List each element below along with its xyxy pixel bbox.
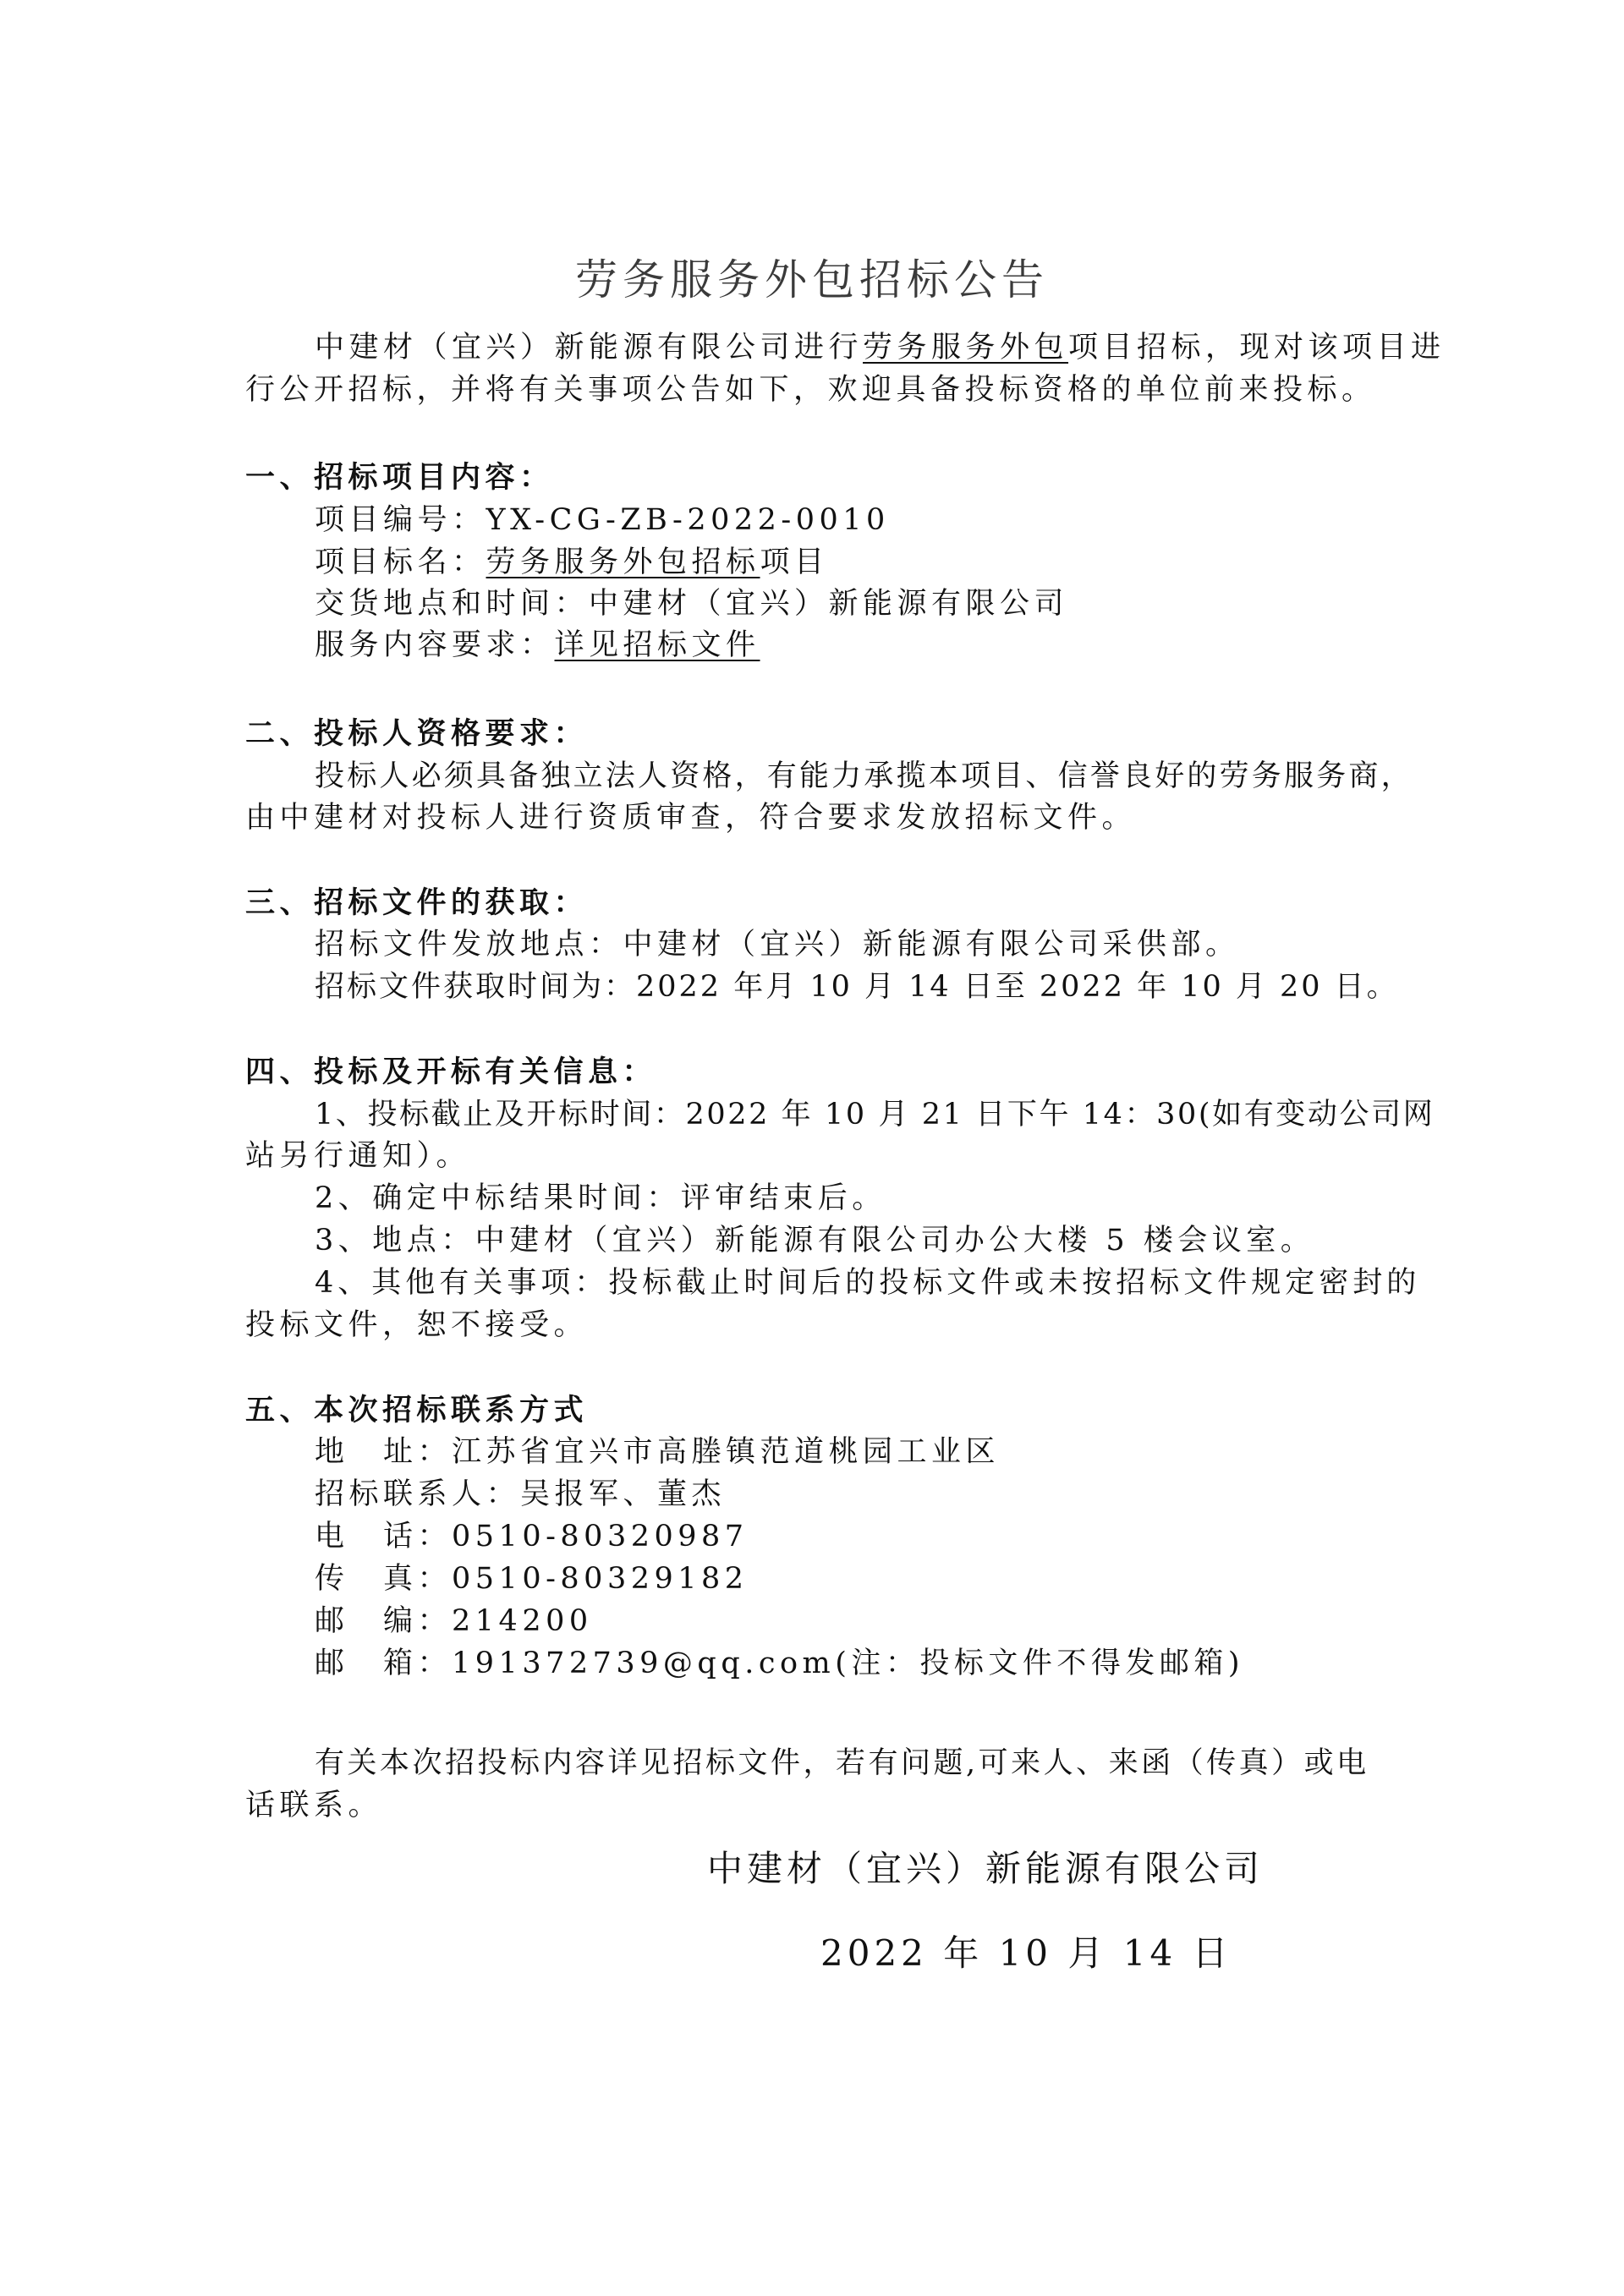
email-label: 邮 箱： [315,1647,452,1680]
doc-issue-place: 招标文件发放地点：中建材（宜兴）新能源有限公司采供部。 [315,923,1379,966]
project-number-label: 项目编号： [315,503,486,537]
intro-project-link: 劳务服务外包 [863,331,1068,364]
signature-company: 中建材（宜兴）新能源有限公司 [707,1844,1264,1894]
bid-deadline-line-2: 站另行通知）。 [245,1135,1379,1177]
contact-row: 招标联系人：吴报军、董杰 [315,1473,1379,1515]
address-row: 地 址：江苏省宜兴市高塍镇范道桃园工业区 [315,1431,1379,1473]
project-name-row: 项目标名：劳务服务外包招标项目 [315,541,1379,584]
phone-label: 电 话： [315,1520,452,1553]
service-value: 详见招标文件 [555,628,760,662]
document-page: 劳务服务外包招标公告 中建材（宜兴）新能源有限公司进行劳务服务外包项目招标，现对… [0,0,1624,2296]
section-2-heading: 二、投标人资格要求： [245,713,1379,755]
fax-label: 传 真： [315,1562,452,1596]
intro-line-1: 中建材（宜兴）新能源有限公司进行劳务服务外包项目招标，现对该项目进 [315,326,1379,369]
section-3-heading: 三、招标文件的获取： [245,882,1379,924]
intro-text-before: 中建材（宜兴）新能源有限公司进行 [315,331,863,364]
phone-row: 电 话：0510-80320987 [315,1515,1379,1558]
other-matters-line-1: 4、其他有关事项：投标截止时间后的投标文件或未按招标文件规定密封的 [315,1262,1379,1304]
intro-text-after: 项目招标，现对该项目进 [1068,331,1446,364]
closing-line-2: 话联系。 [245,1784,1379,1827]
service-label: 服务内容要求： [315,628,555,662]
email-value[interactable]: 191372739@qq.com [452,1647,835,1680]
project-name-suffix: 项目 [760,545,829,579]
zip-row: 邮 编：214200 [315,1600,1379,1642]
qualification-line-2: 由中建材对投标人进行资质审查，符合要求发放招标文件。 [245,797,1379,839]
delivery-label: 交货地点和时间： [315,587,589,621]
email-note: (注：投标文件不得发邮箱) [835,1647,1244,1680]
zip-label: 邮 编： [315,1604,452,1638]
project-number-row: 项目编号：YX-CG-ZB-2022-0010 [315,499,1379,541]
document-title: 劳务服务外包招标公告 [0,250,1624,310]
closing-line-1: 有关本次招投标内容详见招标文件，若有问题,可来人、来函（传真）或电 [315,1742,1379,1784]
bid-location: 3、地点：中建材（宜兴）新能源有限公司办公大楼 5 楼会议室。 [315,1219,1379,1262]
zip-value: 214200 [452,1604,593,1638]
delivery-value: 中建材（宜兴）新能源有限公司 [589,587,1068,621]
project-name-value: 劳务服务外包招标 [486,545,760,579]
bid-deadline-line-1: 1、投标截止及开标时间：2022 年 10 月 21 日下午 14：30(如有变… [315,1093,1379,1136]
phone-value[interactable]: 0510-80320987 [452,1520,749,1553]
address-label: 地 址： [315,1435,452,1469]
qualification-line-1: 投标人必须具备独立法人资格，有能力承揽本项目、信誉良好的劳务服务商， [315,755,1379,797]
fax-row: 传 真：0510-80329182 [315,1558,1379,1600]
contact-label: 招标联系人： [315,1477,520,1511]
section-5-heading: 五、本次招标联系方式 [245,1389,1379,1432]
service-row: 服务内容要求：详见招标文件 [315,624,1379,666]
address-value: 江苏省宜兴市高塍镇范道桃园工业区 [452,1435,1000,1469]
delivery-row: 交货地点和时间：中建材（宜兴）新能源有限公司 [315,583,1379,625]
award-time: 2、确定中标结果时间：评审结束后。 [315,1177,1379,1219]
project-number-value: YX-CG-ZB-2022-0010 [486,503,890,537]
signature-date: 2022 年 10 月 14 日 [820,1928,1232,1979]
doc-issue-time: 招标文件获取时间为：2022 年月 10 月 14 日至 2022 年 10 月… [315,966,1379,1008]
section-1-heading: 一、招标项目内容： [245,457,1379,499]
intro-line-2: 行公开招标，并将有关事项公告如下，欢迎具备投标资格的单位前来投标。 [245,369,1379,411]
section-4-heading: 四、投标及开标有关信息： [245,1051,1379,1093]
email-row: 邮 箱：191372739@qq.com(注：投标文件不得发邮箱) [315,1642,1379,1685]
fax-value: 0510-80329182 [452,1562,749,1596]
other-matters-line-2: 投标文件，恕不接受。 [245,1304,1379,1346]
project-name-label: 项目标名： [315,545,486,579]
contact-value: 吴报军、董杰 [520,1477,726,1511]
